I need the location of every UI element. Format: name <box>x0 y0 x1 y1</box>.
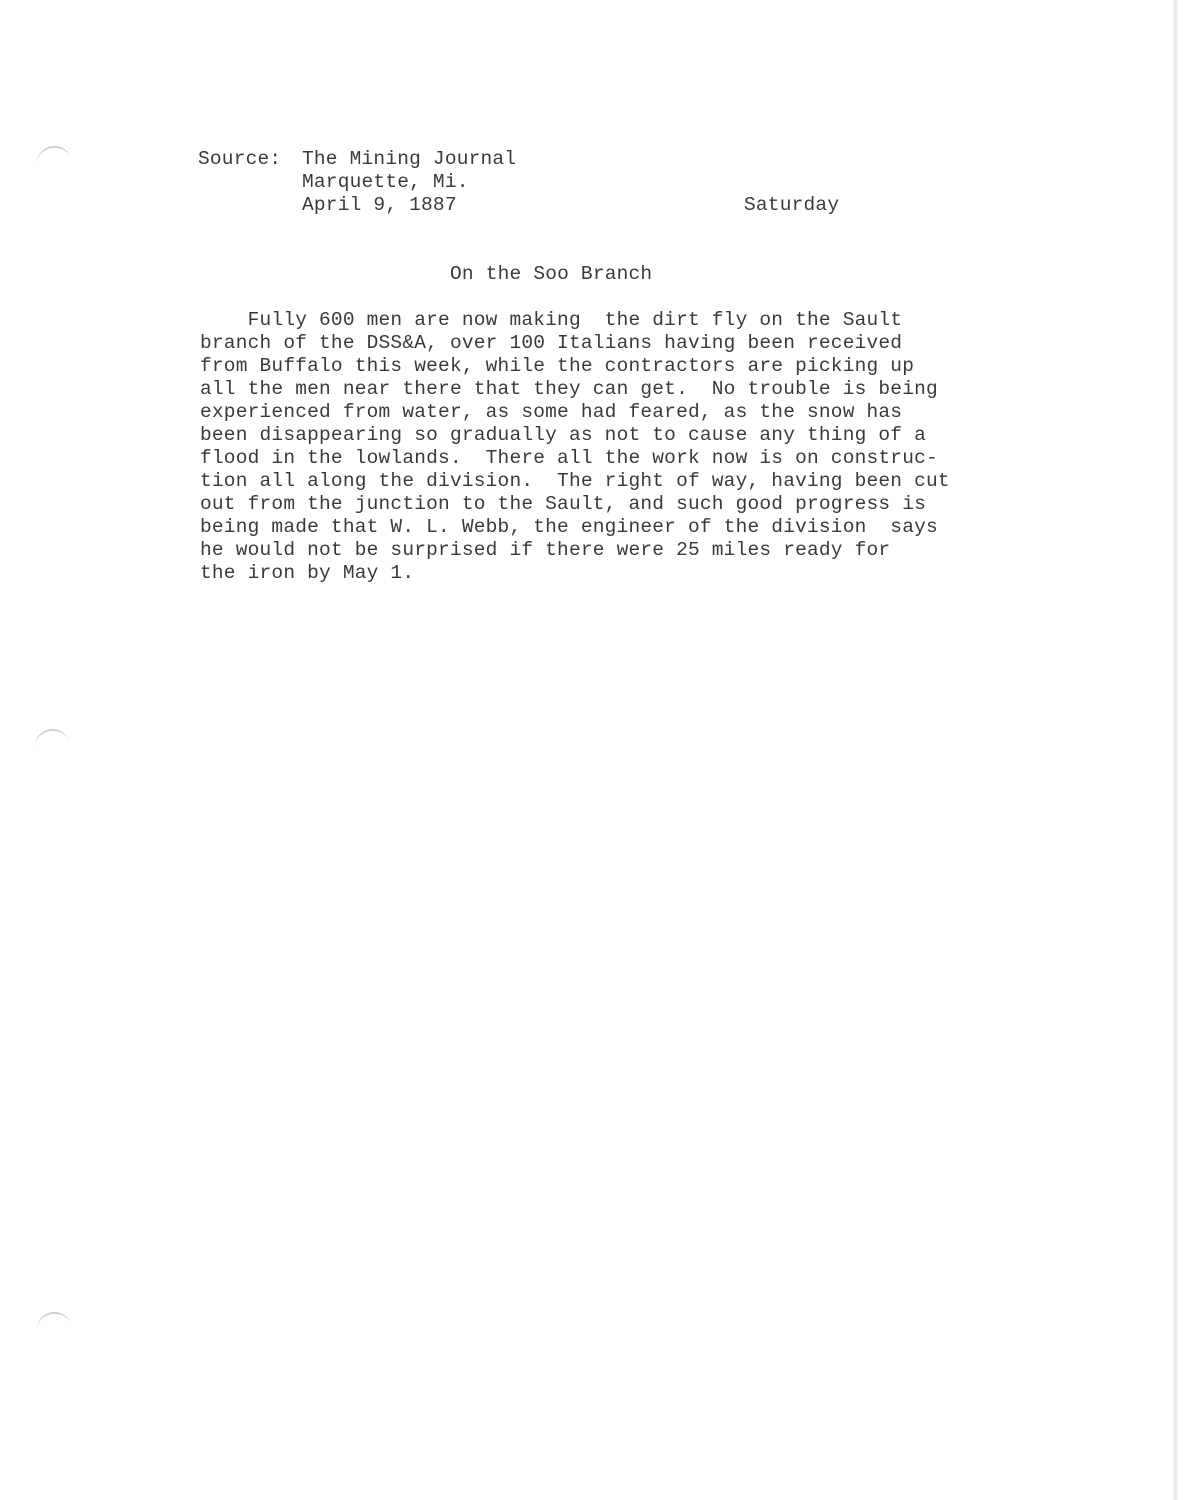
body-line: flood in the lowlands. There all the wor… <box>200 447 938 470</box>
body-line: experienced from water, as some had fear… <box>200 401 902 424</box>
hole-punch-mark-middle <box>33 727 69 748</box>
body-line: he would not be surprised if there were … <box>200 539 890 562</box>
body-line: being made that W. L. Webb, the engineer… <box>200 516 938 539</box>
body-line: all the men near there that they can get… <box>200 378 938 401</box>
body-line: the iron by May 1. <box>200 562 414 585</box>
body-line: branch of the DSS&A, over 100 Italians h… <box>200 332 902 355</box>
source-place: Marquette, Mi. <box>302 171 469 194</box>
source-date: April 9, 1887 <box>302 194 457 217</box>
source-publication: The Mining Journal <box>302 148 516 171</box>
document-page: Source: The Mining Journal Marquette, Mi… <box>0 0 1193 1500</box>
body-line: tion all along the division. The right o… <box>200 470 950 493</box>
body-line: been disappearing so gradually as not to… <box>200 424 926 447</box>
page-edge-shadow <box>1173 0 1178 1500</box>
hole-punch-mark-bottom <box>35 1310 71 1331</box>
hole-punch-mark-top <box>35 144 71 165</box>
source-weekday: Saturday <box>744 194 839 217</box>
body-line: from Buffalo this week, while the contra… <box>200 355 914 378</box>
body-line: out from the junction to the Sault, and … <box>200 493 926 516</box>
body-line: Fully 600 men are now making the dirt fl… <box>200 309 902 332</box>
source-label: Source: <box>198 148 281 171</box>
article-title: On the Soo Branch <box>450 263 652 286</box>
